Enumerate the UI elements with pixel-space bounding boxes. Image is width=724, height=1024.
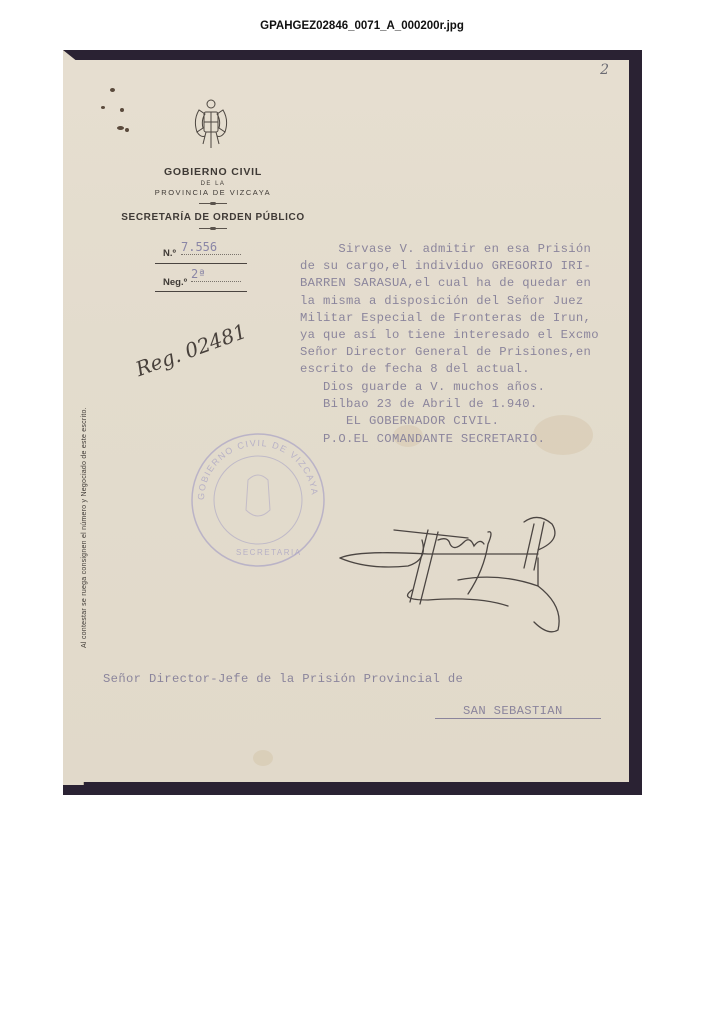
- neg-label: Neg.º: [163, 277, 187, 288]
- number-value: 7.556: [181, 240, 241, 255]
- handwritten-registry-note: Reg. 02481: [132, 319, 249, 381]
- paper-stain: [253, 750, 273, 766]
- punch-mark: [101, 106, 105, 109]
- body-line: Señor Director General de Prisiones,en: [300, 345, 591, 359]
- body-line: escrito de fecha 8 del actual.: [300, 362, 530, 376]
- addressee-line: Señor Director-Jefe de la Prisión Provin…: [103, 672, 463, 686]
- letterhead-subtitle: DE LA: [123, 181, 303, 187]
- addressee-underline: [435, 718, 601, 719]
- body-line: BARREN SARASUA,el cual ha de quedar en: [300, 276, 591, 290]
- closing-signatory: P.O.EL COMANDANTE SECRETARIO.: [300, 432, 545, 446]
- neg-value: 2ª: [191, 267, 241, 282]
- addressee-place: SAN SEBASTIAN: [463, 704, 563, 718]
- punch-mark: [117, 126, 124, 130]
- number-underline: [155, 263, 247, 264]
- punch-mark: [120, 108, 124, 112]
- body-line: de su cargo,el individuo GREGORIO IRI-: [300, 259, 591, 273]
- stamp-text-bottom: SECRETARIA: [236, 548, 302, 557]
- ornament-divider: [199, 203, 227, 204]
- letterhead-province: PROVINCIA DE VIZCAYA: [123, 188, 303, 197]
- official-seal-stamp: GOBIERNO CIVIL DE VIZCAYA SECRETARIA: [188, 430, 328, 570]
- letterhead-department: SECRETARÍA DE ORDEN PÚBLICO: [93, 212, 333, 223]
- body-line: la misma a disposición del Señor Juez: [300, 294, 584, 308]
- ornament-divider: [199, 228, 227, 229]
- closing-place-date: Bilbao 23 de Abril de 1.940.: [300, 397, 538, 411]
- neg-underline: [155, 291, 247, 292]
- page-number: 2: [600, 62, 609, 78]
- letterhead-title: GOBIERNO CIVIL: [123, 166, 303, 178]
- scanned-document: 2 GOBIERNO CIVIL DE LA PROVINCIA DE VIZC…: [63, 50, 642, 795]
- punch-mark: [125, 128, 129, 132]
- file-name-header: GPAHGEZ02846_0071_A_000200r.jpg: [0, 20, 724, 32]
- number-label: N.º: [163, 248, 176, 259]
- reply-instruction-note: Al contestar se ruega consignen el númer…: [81, 407, 88, 648]
- body-line: Militar Especial de Fronteras de Irun,: [300, 311, 591, 325]
- body-line: ya que así lo tiene interesado el Excmo: [300, 328, 599, 342]
- punch-mark: [110, 88, 115, 92]
- body-line: Sirvase V. admitir en esa Prisión: [300, 242, 591, 256]
- closing-salutation: Dios guarde a V. muchos años.: [300, 380, 545, 394]
- coat-of-arms-eagle-icon: [191, 98, 231, 152]
- document-page: 2 GOBIERNO CIVIL DE LA PROVINCIA DE VIZC…: [63, 60, 629, 782]
- handwritten-signature-icon: [338, 510, 578, 640]
- closing-title: EL GOBERNADOR CIVIL.: [300, 414, 499, 428]
